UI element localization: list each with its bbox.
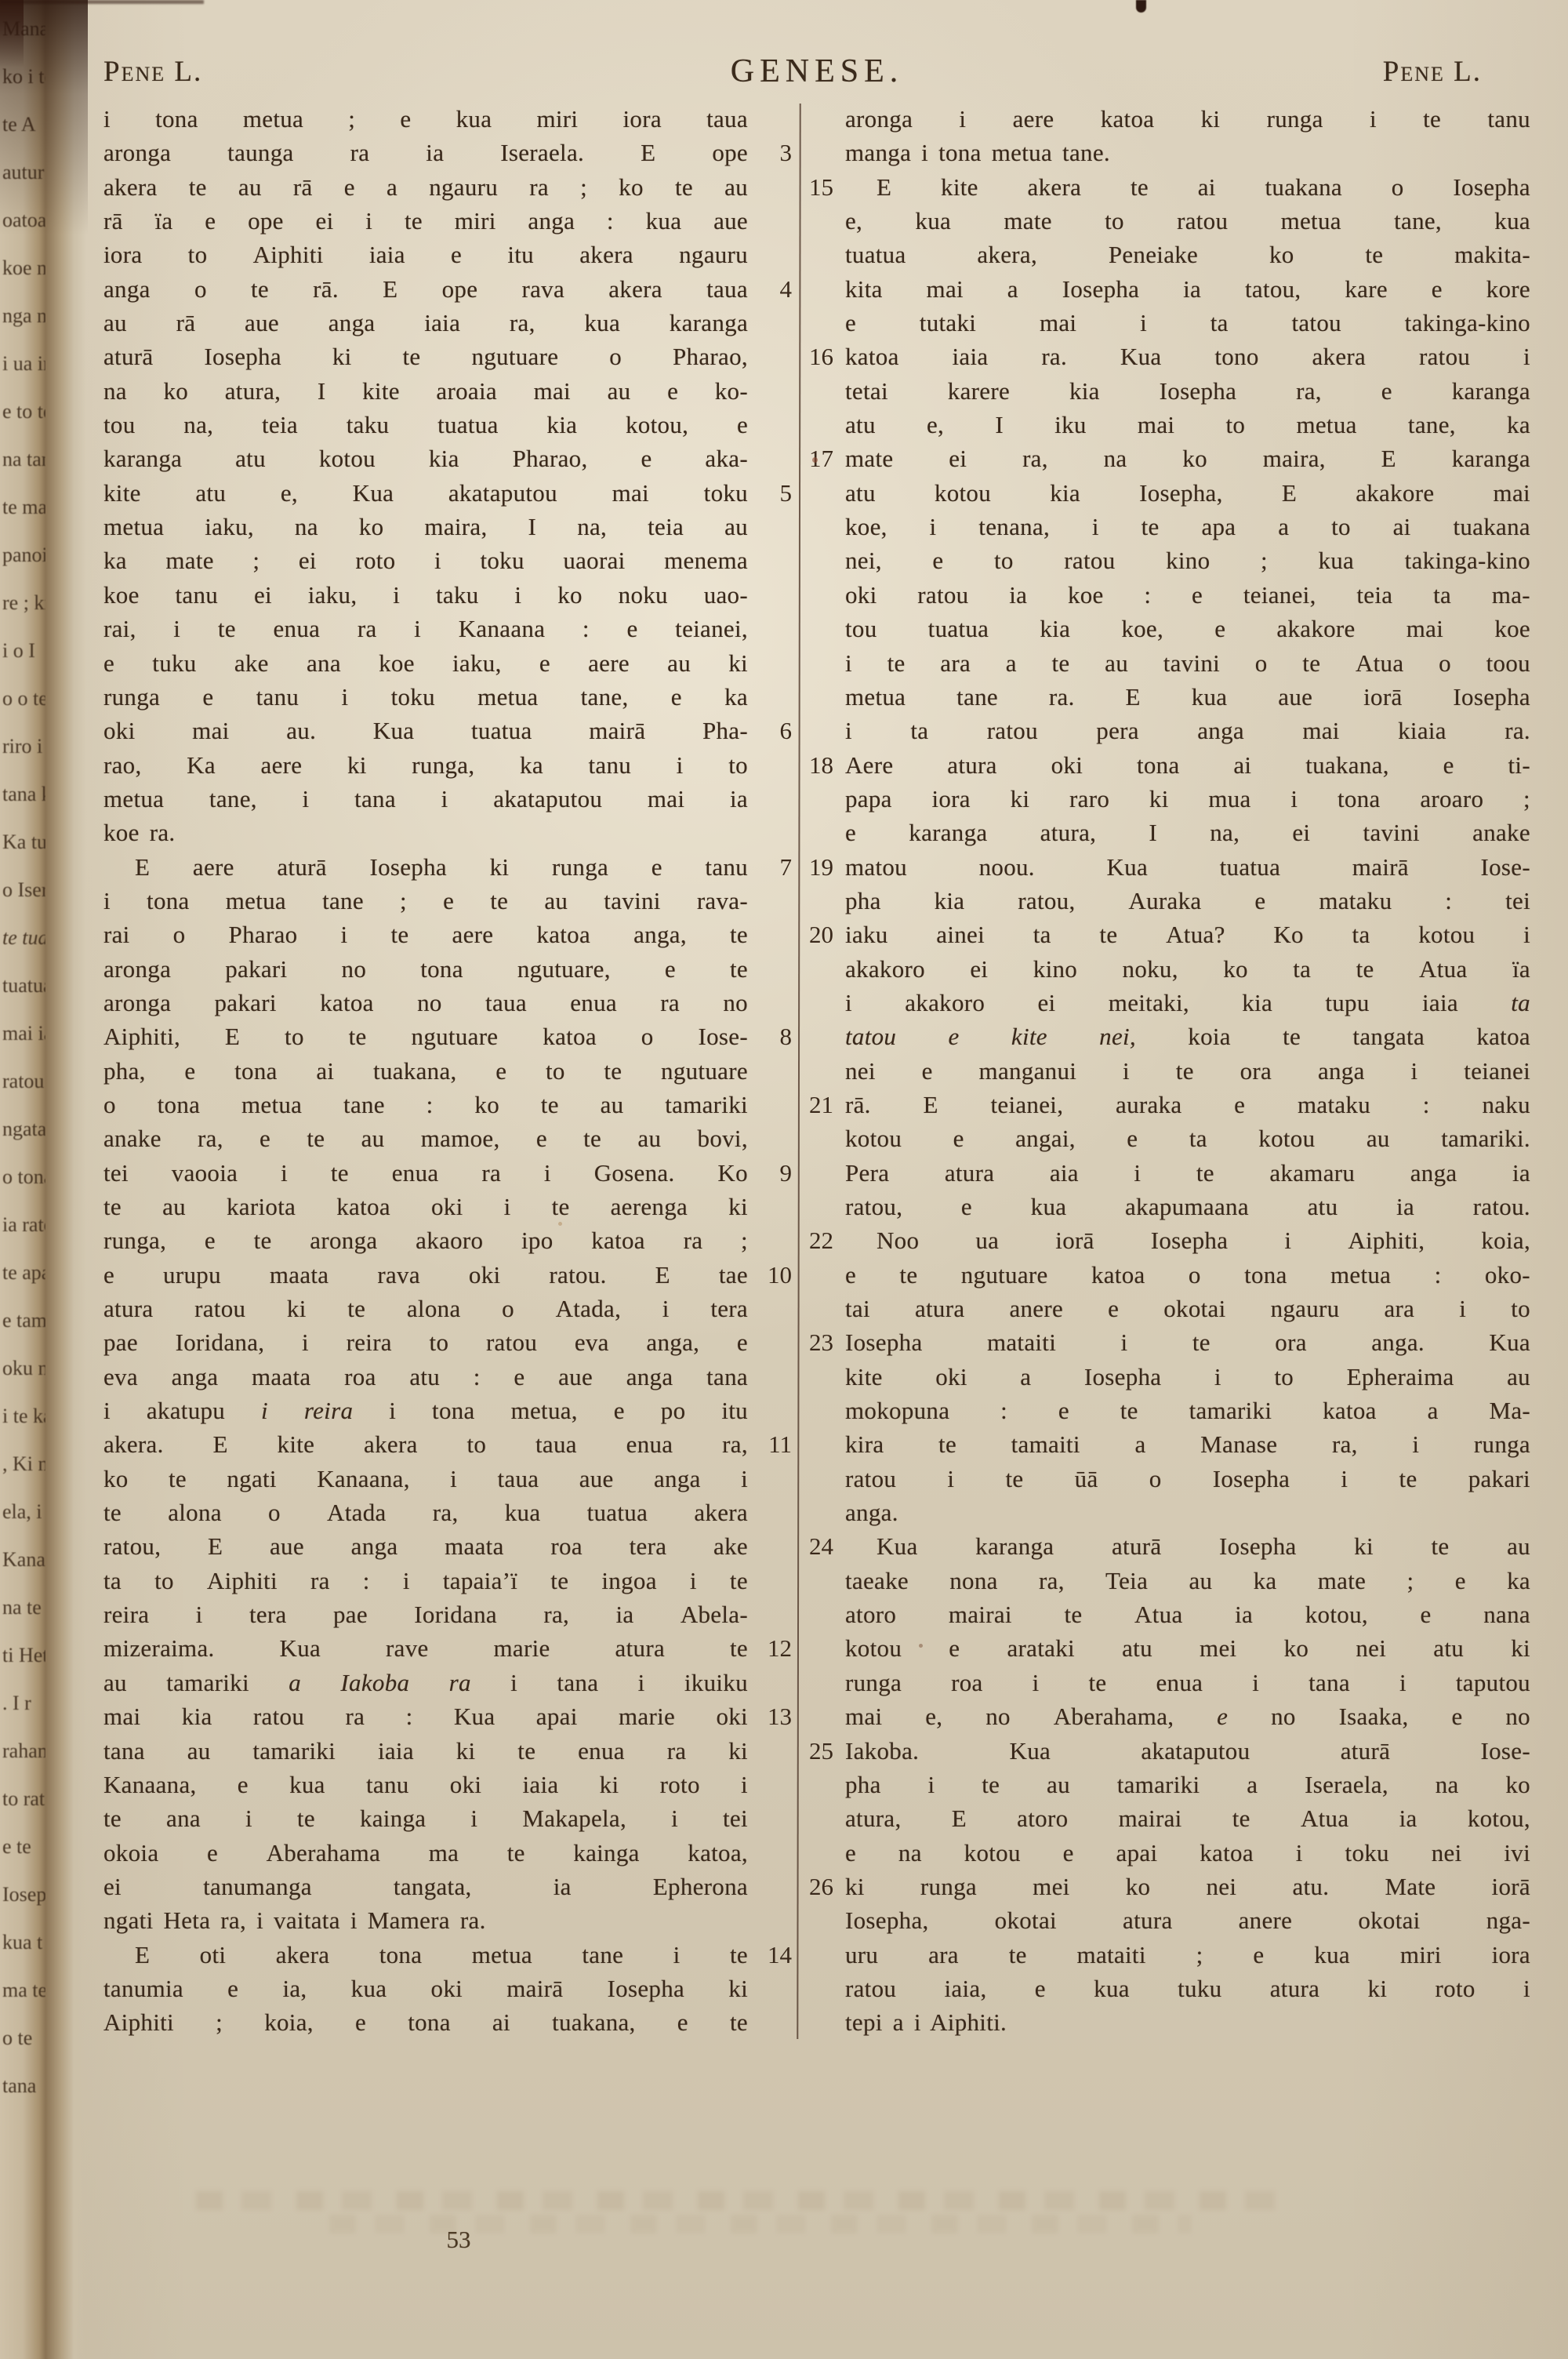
verse-text: tealonaoAtadara,kuatuatuaakera [103,1496,748,1529]
verse-line: 15EkiteakerateaituakanaoIosepha [809,170,1530,204]
verse-line: aturaratoukitealonaoAtada,itera [103,1292,792,1325]
verse-line: itaratouperaangamaikiaiara. [809,714,1530,747]
verse-line: 22NoouaiorāIosephaiAiphiti,koia, [809,1223,1530,1257]
verse-line: 17mateeira,nakomaira,Ekaranga [809,442,1530,475]
verse-text: pha,etonaaituakana,etotengutuare [103,1054,748,1088]
gutter-fragment: Kanaan [0,1536,45,1583]
verse-line: tealonaoAtadara,kuatuatuaakera [103,1496,792,1529]
verse-line: okimaiau.KuatuatuamairāPha-6 [103,714,792,747]
gutter-fragment: re ; ki [0,579,45,627]
verse-text: kiratetamaitiaManasera,irunga [845,1427,1530,1461]
verse-text: kotouearatakiatumeikoneiatuki [845,1631,1530,1665]
verse-text: metuatane,itanaiakataputoumaiia [103,782,748,816]
verse-line: iakatupuireiraitonametua,epoitu [103,1394,792,1427]
verse-text: raioPharaoiteaerekatoaanga,te [103,918,748,951]
verse-text: maie,noAberahama,enoIsaaka,eno [845,1699,1530,1733]
gutter-fragment: tana [0,2062,45,2110]
verse-text: atukotoukiaIosepha,Eakakoremai [845,476,1530,510]
ghost-text-band [329,2215,1192,2234]
verse-line: otonametuatane:koteautamariki [103,1088,792,1121]
verse-text: runga,etearongaakaoroipokatoara; [103,1223,748,1257]
verse-text: neiemanganuiiteoraangaiteianei [845,1054,1530,1088]
verse-line: kiteokiaIosephaitoEpheraimaau [809,1360,1530,1394]
verse-text: katoaiaiara.Kuatonoakeraratoui [845,340,1530,373]
verse-number: 14 [748,1938,792,1972]
verse-number: 25 [809,1734,845,1768]
column-divider-rule [797,104,800,2039]
verse-line: 21rā.Eteianei,aurakaemataku:naku [809,1088,1530,1121]
verse-text: etukuakeanakoeiaku,eaereauki [103,646,748,680]
verse-text: taeakenonara,Teiaaukamate;eka [845,1564,1530,1598]
verse-line: tatouekitenei,koiatetangatakatoa [809,1020,1530,1053]
gutter-fragment: ratou [0,1057,45,1105]
verse-text: rai,iteenuaraiKanaana:eteianei, [103,612,748,645]
gutter-fragment: o o tei [0,674,45,722]
running-head-right: Pene L. [1383,55,1482,89]
verse-text: okoiaeAberahamamatekaingakatoa, [103,1836,748,1870]
gutter-fragment: te apai [0,1249,45,1296]
verse-text: akakoroeikinonoku,kotateAtuaïa [845,952,1530,986]
verse-line: atukotoukiaIosepha,Eakakoremai [809,476,1530,510]
verse-line: itearaateautavinioteAtuaotoou [809,646,1530,680]
verse-number: 23 [809,1325,845,1359]
verse-line: 19matounoou.KuatuatuamairāIose- [809,850,1530,884]
verse-text: teaukariotakatoaokiiteaerengaki [103,1190,748,1223]
verse-line: iakakoroeimeitaki,kiatupuiaiata [809,986,1530,1020]
verse-line: autamarikiaIakobaraitanaiikuiku [103,1666,792,1699]
verse-line: tanaautamarikiiaiakiteenuaraki [103,1734,792,1768]
verse-line: phakiaratou,Aurakaemataku:tei [809,884,1530,918]
verse-number: 7 [748,850,792,884]
gutter-fragment: o te [0,2014,45,2062]
verse-text: etengutuarekatoaotonametua:oko- [845,1258,1530,1292]
verse-text: itonametuatane;eteautavinirava- [103,884,748,918]
verse-line: rungaroaiteenuaitanaitaputou [809,1666,1530,1699]
verse-text: atoromairaiteAtuaiakotou,enana [845,1598,1530,1631]
verse-line: mizeraima.Kuaravemarieaturate12 [103,1631,792,1665]
verse-text: tuatuaakera,Peneiakekotemakita- [845,238,1530,271]
verse-line: arongapakarinotonangutuare,ete [103,952,792,986]
verse-line: teivaooiaiteenuaraiGosena.Ko9 [103,1156,792,1190]
verse-line: uruaratemataiti;ekuamiriiora [809,1938,1530,1972]
verse-line: runga,etearongaakaoroipokatoara; [103,1223,792,1257]
verse-text: anga. [845,1496,1530,1529]
verse-line: teaukariotakatoaokiiteaerengaki [103,1190,792,1223]
verse-text: e,kuamatetoratoumetuatane,kua [845,204,1530,238]
verse-line: karangaatukotoukiaPharao,eaka- [103,442,792,475]
verse-line: paeIoridana,ireiratoratouevaanga,e [103,1325,792,1359]
verse-number: 11 [748,1427,792,1461]
verse-number: 18 [809,748,845,782]
gutter-fragment: rahama [0,1727,45,1775]
verse-line: atura,EatoromairaiteAtuaiakotou, [809,1801,1530,1835]
verse-line: metuaiaku,nakomaira,Ina,teiaau [103,510,792,543]
verse-text: etutakimaiitatatoutakinga-kino [845,306,1530,340]
verse-text: kitamaiaIosephaiatatou,kareekore [845,272,1530,306]
verse-number: 4 [748,272,792,306]
verse-line: ekarangaatura,Ina,eitavinianake [809,816,1530,849]
verse-line: mokopuna:etetamarikikatoaaMa- [809,1394,1530,1427]
gutter-fragment: o tona [0,1153,45,1201]
verse-line: raioPharaoiteaerekatoaanga,te [103,918,792,951]
verse-text: Iosephamataitiiteoraanga.Kua [845,1325,1530,1359]
text-column-right: arongaiaerekatoakirungaitetanumanga i to… [809,102,1530,2040]
verse-text: okimaiau.KuatuatuamairāPha- [103,714,748,747]
verse-text: autamarikiaIakobaraitanaiikuiku [103,1666,748,1699]
verse-text: mokopuna:etetamarikikatoaaMa- [845,1394,1530,1427]
verse-text: tetaikarerekiaIosephara,ekaranga [845,374,1530,408]
gutter-fragment: i te ka [0,1392,45,1440]
verse-number: 19 [809,850,845,884]
verse-line: reiraiterapaeIoridanara,iaAbela- [103,1598,792,1631]
verse-line: EaereaturāIosephakirungaetanu7 [103,850,792,884]
verse-line: 25Iakoba.KuaakataputouaturāIose- [809,1734,1530,1768]
page-top-edge [0,0,204,4]
verse-text: Iosepha,okotaiaturaanereokotainga- [845,1903,1530,1937]
gutter-fragment: e te [0,1823,45,1870]
verse-text: iakatupuireiraitonametua,epoitu [103,1394,748,1427]
verse-line: arongataungaraiaIseraela.Eope3 [103,136,792,169]
verse-line: 24KuakarangaaturāIosephakiteau [809,1529,1530,1563]
verse-line: eurupumaataravaokiratou.Etae10 [103,1258,792,1292]
verse-text: teanaitekaingaiMakapela,itei [103,1801,748,1835]
verse-text: karangaatukotoukiaPharao,eaka- [103,442,748,475]
verse-text: tepi a i Aiphiti. [845,2005,1530,2039]
verse-line: tanumiaeia,kuaokimairāIosephaki [103,1972,792,2005]
verse-line: tepi a i Aiphiti. [809,2005,1530,2039]
verse-text: iakuaineitateAtua?Kotakotoui [845,918,1530,951]
verse-text: Aiphiti;koia,etonaaituakana,ete [103,2005,748,2039]
verse-text: phakiaratou,Aurakaemataku:tei [845,884,1530,918]
gutter-fragment: tuatua [0,961,45,1009]
verse-text: NoouaiorāIosephaiAiphiti,koia, [845,1223,1530,1257]
verse-text: ngati Heta ra, i vaitata i Mamera ra. [103,1903,748,1937]
gutter-fragment: o Isera [0,866,45,914]
gutter-fragment: to ratou [0,1775,45,1823]
verse-text: kamate;eirotoitokuuaoraimenema [103,543,748,577]
gutter-fragment: oku n [0,1344,45,1392]
verse-line: Iosepha,okotaiaturaanereokotainga- [809,1903,1530,1937]
gutter-shadow [45,0,86,2359]
verse-text: kotoueangai,etakotouautamariki. [845,1121,1530,1155]
verse-text: Peraaturaaiaiteakamaruangaia [845,1156,1530,1190]
verse-line: tatoAiphitira:itapaia’ïteingoaite [103,1564,792,1598]
gutter-fragment: na te [0,1583,45,1631]
verse-text: kirungameikoneiatu.Mateiorā [845,1870,1530,1903]
text-column-left: itonametua;ekuamiriioratauaarongataungar… [103,102,792,2040]
verse-text: ratou,Eaueangamaataroateraake [103,1529,748,1563]
verse-text: arongataungaraiaIseraela.Eope [103,136,748,169]
verse-line: enakotoueapaikatoaitokuneiivi [809,1836,1530,1870]
verse-number: 21 [809,1088,845,1121]
verse-text: arongapakarinotonangutuare,ete [103,952,748,986]
verse-number: 15 [809,170,845,204]
verse-text: arongapakarikatoanotauaenuarano [103,986,748,1020]
gutter-fragment: na tane [0,435,45,483]
gutter-fragment: riro i [0,722,45,770]
verse-line: touna,teiatakutuatuakiakotou,e [103,408,792,442]
verse-text: papaiorakirarokimuaitonaaroaro; [845,782,1530,816]
facing-page-edge: Mana oko i tete Aauturoatoa nkoe nnga ni… [0,0,45,2359]
gutter-fragment: koe n [0,244,45,292]
verse-text: kiteatue,Kuaakataputoumaitoku [103,476,748,510]
binding-corner [0,0,24,67]
verse-line: rungaetanuitokumetuatane,eka [103,680,792,714]
verse-text: ratouiaia,ekuatukuaturakirotoi [845,1972,1530,2005]
verse-text: touna,teiatakutuatuakiakotou,e [103,408,748,442]
verse-text: eitanumangatangata,iaEpherona [103,1870,748,1903]
verse-text: koe,itenana,iteapaatoaituakana [845,510,1530,543]
verse-text: Kanaana,ekuatanuokiiaiakirotoi [103,1768,748,1801]
verse-text: arongaiaerekatoakirungaitetanu [845,102,1530,136]
verse-text: eurupumaataravaokiratou.Etae [103,1258,748,1292]
verse-line: 16katoaiaiara.Kuatonoakeraratoui [809,340,1530,373]
verse-text: rungaroaiteenuaitanaitaputou [845,1666,1530,1699]
verse-text: rāïaeopeeiitemirianga:kuaaue [103,204,748,238]
verse-text: koetanueiiaku,itakuikonokuuao- [103,578,748,612]
verse-text: EkiteakerateaituakanaoIosepha [845,170,1530,204]
verse-text: atura,EatoromairaiteAtuaiakotou, [845,1801,1530,1835]
gutter-fragment: ti Heta [0,1631,45,1679]
verse-line: maie,noAberahama,enoIsaaka,eno [809,1699,1530,1733]
verse-text: aturāIosephakitengutuareoPharao, [103,340,748,373]
verse-line: ioratoAiphitiiaiaeituakerangauru [103,238,792,271]
verse-text: nakoatura,Ikitearoaiamaiaueko- [103,374,748,408]
verse-text: otonametuatane:koteautamariki [103,1088,748,1121]
verse-line: nakoatura,Ikitearoaiamaiaueko- [103,374,792,408]
verse-line: ngati Heta ra, i vaitata i Mamera ra. [103,1903,792,1937]
gutter-fragment: e tam [0,1296,45,1344]
gutter-fragment: Iosep [0,1870,45,1918]
verse-text: taiaturaanereeokotaingauruaraito [845,1292,1530,1325]
verse-line: Aiphiti,EtotengutuarekatoaoIose-8 [103,1020,792,1053]
verse-line: itonametua;ekuamiriiorataua [103,102,792,136]
verse-text: KuakarangaaturāIosephakiteau [845,1529,1530,1563]
gutter-fragment: panoia [0,531,45,579]
verse-text: toutuatuakiakoe,eakakoremaikoe [845,612,1530,645]
gutter-fragment: i o I [0,627,45,674]
gutter-fragment: nga n [0,292,45,340]
verse-line: Eotiakeratonametuataneite14 [103,1938,792,1972]
verse-line: evaangamaataroaatu:eaueangatana [103,1360,792,1394]
verse-number: 16 [809,340,845,373]
verse-line: rao,Kaaerekirunga,katanuito [103,748,792,782]
gutter-fragment: tana k [0,770,45,818]
verse-line: rai,iteenuaraiKanaana:eteianei, [103,612,792,645]
verse-text: angaoterā.Eoperavaakerataua [103,272,748,306]
paper-speck [558,1222,562,1226]
verse-text: uruaratemataiti;ekuamiriiora [845,1938,1530,1972]
verse-line: aurāaueangaiaiara,kuakaranga [103,306,792,340]
running-header: Pene L. GENESE. Pene L. [103,55,1530,89]
verse-text: nei,etoratoukino;kuatakinga-kino [845,543,1530,577]
verse-line: kotoueangai,etakotouautamariki. [809,1121,1530,1155]
verse-line: arongaiaerekatoakirungaitetanu [809,102,1530,136]
verse-line: koetanueiiaku,itakuikonokuuao- [103,578,792,612]
verse-number: 26 [809,1870,845,1903]
verse-line: kotouearatakiatumeikoneiatuki [809,1631,1530,1665]
verse-text: itonametua;ekuamiriiorataua [103,102,748,136]
verse-line: tuatuaakera,Peneiakekotemakita- [809,238,1530,271]
verse-line: arongapakarikatoanotauaenuarano [103,986,792,1020]
verse-number: 5 [748,476,792,510]
verse-text: phaiteautamarikiaIseraela,nako [845,1768,1530,1801]
gutter-fragment: e to te [0,387,45,435]
verse-text: Aereaturaokitonaaituakana,eti- [845,748,1530,782]
verse-text: paeIoridana,ireiratoratouevaanga,e [103,1325,748,1359]
verse-text: rā.Eteianei,aurakaemataku:naku [845,1088,1530,1121]
page-title: GENESE. [103,53,1530,90]
verse-line: akerateaurāeangaurura;koteau [103,170,792,204]
verse-line: taiaturaanereeokotaingauruaraito [809,1292,1530,1325]
gutter-fragments: Mana oko i tete Aauturoatoa nkoe nnga ni… [0,0,45,2110]
verse-line: ratouiteūāoIosephaitepakari [809,1462,1530,1496]
verse-text: rungaetanuitokumetuatane,eka [103,680,748,714]
verse-line: tetaikarerekiaIosephara,ekaranga [809,374,1530,408]
gutter-fragment: mai ia [0,1009,45,1057]
verse-line: koe,itenana,iteapaatoaituakana [809,510,1530,543]
verse-line: anakera,eteaumamoe,eteaubovi, [103,1121,792,1155]
paper-speck [812,457,818,463]
verse-text: rao,Kaaerekirunga,katanuito [103,748,748,782]
verse-text: metuaiaku,nakomaira,Ina,teiaau [103,510,748,543]
verse-line: ratou,Eaueangamaataroateraake [103,1529,792,1563]
verse-line: metuatane,itanaiakataputoumaiia [103,782,792,816]
verse-line: akakoroeikinonoku,kotateAtuaïa [809,952,1530,986]
gutter-fragment: ma te [0,1966,45,2014]
gutter-fragment: te tua [0,914,45,961]
scanned-book-page: { "header": { "left": "Pene L.", "center… [0,0,1568,2359]
verse-number: 24 [809,1529,845,1563]
verse-line: 26kirungameikoneiatu.Mateiorā [809,1870,1530,1903]
verse-line: nei,etoratoukino;kuatakinga-kino [809,543,1530,577]
verse-line: itonametuatane;eteautavinirava- [103,884,792,918]
verse-text: tanumiaeia,kuaokimairāIosephaki [103,1972,748,2005]
verse-text: tatoAiphitira:itapaia’ïteingoaite [103,1564,748,1598]
verse-line: Kanaana,ekuatanuokiiaiakirotoi [103,1768,792,1801]
verse-line: neiemanganuiiteoraangaiteianei [809,1054,1530,1088]
verse-text: ratou,ekuaakapumaanaatuiaratou. [845,1190,1530,1223]
verse-line: ratou,ekuaakapumaanaatuiaratou. [809,1190,1530,1223]
verse-line: metuatanera.EkuaaueiorāIosepha [809,680,1530,714]
verse-text: EaereaturāIosephakirungaetanu [103,850,748,884]
verse-text: mateeira,nakomaira,Ekaranga [845,442,1530,475]
verse-text: tanaautamarikiiaiakiteenuaraki [103,1734,748,1768]
verse-line: phaiteautamarikiaIseraela,nako [809,1768,1530,1801]
verse-number: 12 [748,1631,792,1665]
gutter-fragment: Ka tu [0,818,45,866]
verse-line: aturāIosephakitengutuareoPharao, [103,340,792,373]
gutter-fragment: kua t [0,1918,45,1966]
verse-line: kitamaiaIosephaiatatou,kareekore [809,272,1530,306]
verse-text: mizeraima.Kuaravemarieaturate [103,1631,748,1665]
gutter-fragment: ngata k [0,1105,45,1153]
verse-text: anakera,eteaumamoe,eteaubovi, [103,1121,748,1155]
verse-line: maikiaratoura:Kuaapaimarieoki13 [103,1699,792,1733]
verse-line: rāïaeopeeiitemirianga:kuaaue [103,204,792,238]
verse-line: Aiphiti;koia,etonaaituakana,ete [103,2005,792,2039]
verse-line: koe ra. [103,816,792,849]
verse-line: etutakimaiitatatoutakinga-kino [809,306,1530,340]
verse-text: aturaratoukitealonaoAtada,itera [103,1292,748,1325]
verse-text: enakotoueapaikatoaitokuneiivi [845,1836,1530,1870]
verse-line: ratouiaia,ekuatukuaturakirotoi [809,1972,1530,2005]
verse-text: iakakoroeimeitaki,kiatupuiaiata [845,986,1530,1020]
verse-text: kiteokiaIosephaitoEpheraimaau [845,1360,1530,1394]
verse-line: teanaitekaingaiMakapela,itei [103,1801,792,1835]
gutter-fragment: , Ki n [0,1440,45,1488]
verse-text: kotengatiKanaana,itauaaueangai [103,1462,748,1496]
verse-text: Aiphiti,EtotengutuarekatoaoIose- [103,1020,748,1053]
verse-line: pha,etonaaituakana,etotengutuare [103,1054,792,1088]
verse-line: okoiaeAberahamamatekaingakatoa, [103,1836,792,1870]
verse-text: manga i tona metua tane. [845,136,1530,169]
verse-number: 22 [809,1223,845,1257]
verse-line: kiteatue,Kuaakataputoumaitoku5 [103,476,792,510]
verse-line: toutuatuakiakoe,eakakoremaikoe [809,612,1530,645]
verse-line: Peraaturaaiaiteakamaruangaia [809,1156,1530,1190]
verse-text: aurāaueangaiaiara,kuakaranga [103,306,748,340]
gutter-fragment: te ma [0,483,45,531]
verse-text: evaangamaataroaatu:eaueangatana [103,1360,748,1394]
gutter-fragment: . I r [0,1679,45,1727]
verse-line: eitanumangatangata,iaEpherona [103,1870,792,1903]
verse-text: ekarangaatura,Ina,eitavinianake [845,816,1530,849]
paper-speck [919,1644,923,1648]
verse-text: Eotiakeratonametuataneite [103,1938,748,1972]
verse-number: 3 [748,136,792,169]
verse-line: anga. [809,1496,1530,1529]
verse-text: okiratouiakoe:eteianei,teiatama- [845,578,1530,612]
verse-line: akera.Ekiteakeratotauaenuara,11 [103,1427,792,1461]
verse-line: manga i tona metua tane. [809,136,1530,169]
gutter-fragment: i ua in [0,340,45,387]
verse-line: kiratetamaitiaManasera,irunga [809,1427,1530,1461]
ghost-text-band [196,2191,1294,2210]
gutter-fragment: ia ratou [0,1201,45,1249]
verse-number: 20 [809,918,845,951]
verse-text: matounoou.KuatuatuamairāIose- [845,850,1530,884]
verse-line: 23Iosephamataitiiteoraanga.Kua [809,1325,1530,1359]
verse-line: atoromairaiteAtuaiakotou,enana [809,1598,1530,1631]
verse-line: papaiorakirarokimuaitonaaroaro; [809,782,1530,816]
verse-line: e,kuamatetoratoumetuatane,kua [809,204,1530,238]
verse-text: koe ra. [103,816,748,849]
verse-text: akera.Ekiteakeratotauaenuara, [103,1427,748,1461]
verse-line: 18Aereaturaokitonaaituakana,eti- [809,748,1530,782]
verse-text: Iakoba.KuaakataputouaturāIose- [845,1734,1530,1768]
verse-line: atue,Iikumaitometuatane,ka [809,408,1530,442]
verse-number: 9 [748,1156,792,1190]
verse-number: 8 [748,1020,792,1053]
verse-text: itaratouperaangamaikiaiara. [845,714,1530,747]
verse-text: reiraiterapaeIoridanara,iaAbela- [103,1598,748,1631]
verse-text: teivaooiaiteenuaraiGosena.Ko [103,1156,748,1190]
verse-line: 20iakuaineitateAtua?Kotakotoui [809,918,1530,951]
verse-line: kotengatiKanaana,itauaaueangai [103,1462,792,1496]
verse-line: etengutuarekatoaotonametua:oko- [809,1258,1530,1292]
verse-line: angaoterā.Eoperavaakerataua4 [103,272,792,306]
verse-text: itearaateautavinioteAtuaotoou [845,646,1530,680]
gutter-fragment: ela, i v [0,1488,45,1536]
verse-text: ioratoAiphitiiaiaeituakerangauru [103,238,748,271]
verse-number: 10 [748,1258,792,1292]
verse-line: okiratouiakoe:eteianei,teiatama- [809,578,1530,612]
verse-text: metuatanera.EkuaaueiorāIosepha [845,680,1530,714]
verse-text: atue,Iikumaitometuatane,ka [845,408,1530,442]
verse-text: ratouiteūāoIosephaitepakari [845,1462,1530,1496]
verse-text: akerateaurāeangaurura;koteau [103,170,748,204]
